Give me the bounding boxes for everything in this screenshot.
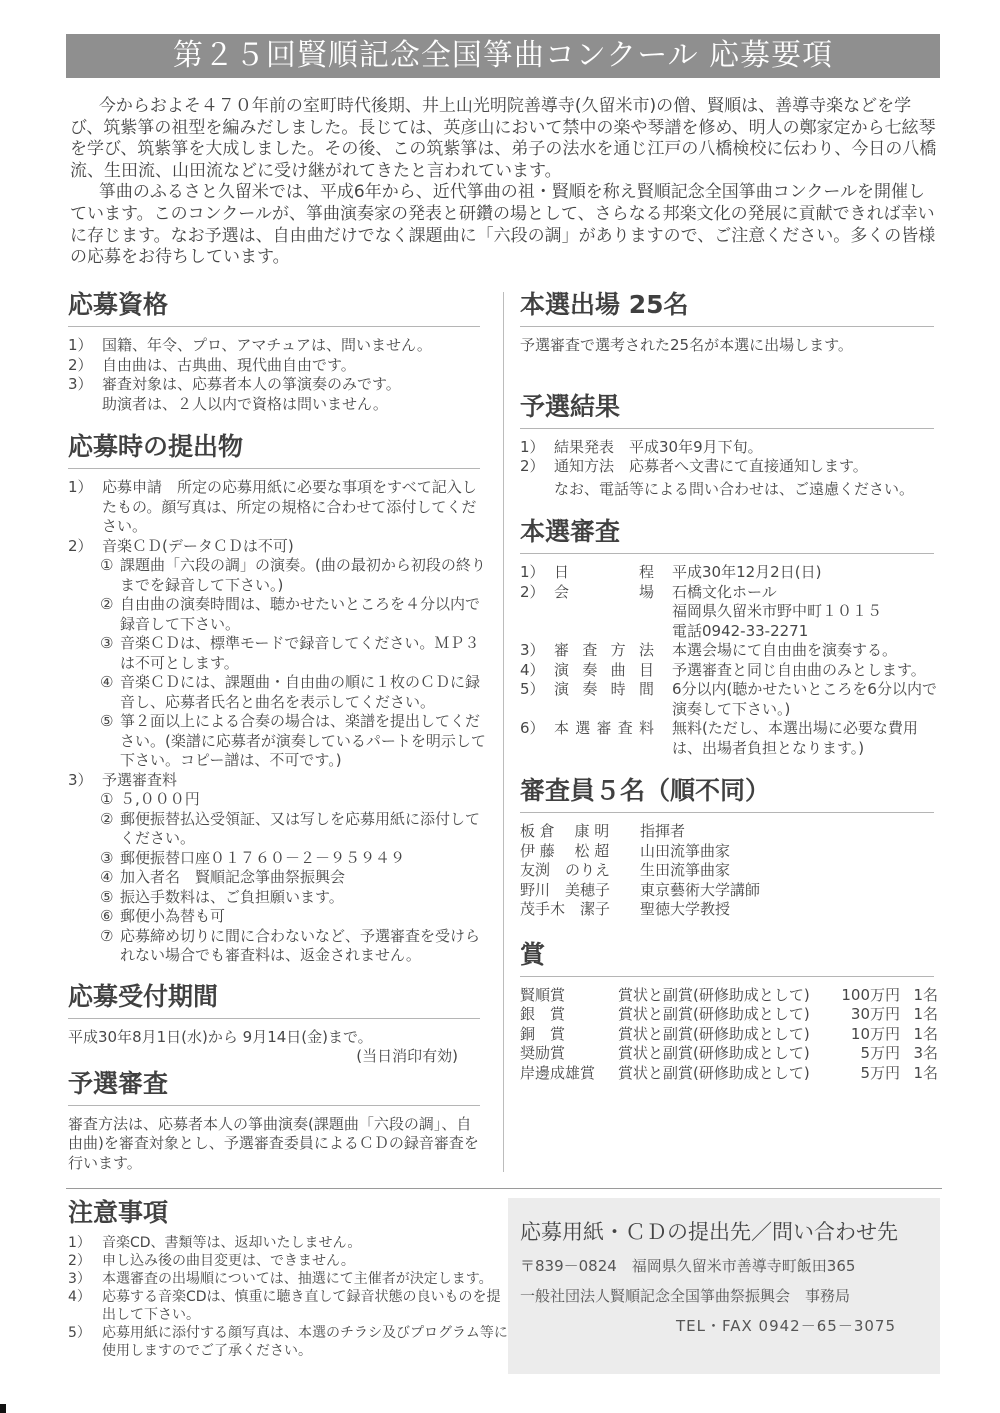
- period-section: 応募受付期間 平成30年8月1日(水)から 9月14日(金)まで。 (当日消印有…: [68, 980, 486, 1067]
- prize-amount: 100万円: [832, 986, 900, 1006]
- prize-desc: 賞状と副賞(研修助成として): [618, 986, 832, 1006]
- item-text: 音楽CD、書類等は、返却いたしません。: [102, 1234, 361, 1252]
- intro-paragraph: 今からおよそ４７０年前の室町時代後期、井上山光明院善導寺(久留米市)の僧、賢順は…: [70, 96, 940, 182]
- prize-count: 1名: [900, 1025, 938, 1045]
- item-text: 結果発表 平成30年9月下旬。: [554, 438, 763, 458]
- section-rule: [68, 468, 480, 469]
- review-row: 2）会場石橋文化ホール: [520, 583, 940, 603]
- section-rule: [520, 976, 934, 977]
- list-item: 1）国籍、年令、プロ、アマチュアは、問いません。: [68, 336, 486, 356]
- row-label: 本選審査料: [554, 719, 654, 758]
- finalists-section: 本選出場 25名 予選審査で選考された25名が本選に出場します。: [520, 288, 940, 356]
- prize-amount: 5万円: [832, 1044, 900, 1064]
- period-note: (当日消印有効): [68, 1047, 486, 1067]
- item-text: 加入者名 賢順記念箏曲祭振興会: [120, 868, 345, 888]
- judge-row: 友渕 のりえ生田流箏曲家: [520, 861, 940, 881]
- item-number: 3）: [520, 641, 554, 661]
- item-number: ①: [100, 556, 120, 595]
- prize-desc: 賞状と副賞(研修助成として): [618, 1064, 832, 1084]
- section-heading: 注意事項: [68, 1196, 508, 1230]
- prelim-section: 予選審査 審査方法は、応募者本人の箏曲演奏(課題曲「六段の調」、自由曲)を審査対…: [68, 1067, 486, 1174]
- item-text: 通知方法 応募者へ文書にて直接通知します。: [554, 457, 868, 477]
- item-number: 2）: [68, 537, 102, 557]
- sub-item: ②郵便振替払込受領証、又は写しを応募用紙に添付してください。: [100, 810, 486, 849]
- item-text: ５,０００円: [120, 790, 200, 810]
- contact-box: 応募用紙・ＣＤの提出先／問い合わせ先 〒839－0824 福岡県久留米市善導寺町…: [508, 1198, 940, 1374]
- list-item: 2）自由曲は、古典曲、現代曲自由です。: [68, 356, 486, 376]
- item-number: 1）: [68, 336, 102, 356]
- item-number: 2）: [68, 356, 102, 376]
- item-number: ①: [100, 790, 120, 810]
- list-item: 2）通知方法 応募者へ文書にて直接通知します。: [520, 457, 940, 477]
- item-text: 応募する音楽CDは、慎重に聴き直して録音状態の良いものを提出して下さい。: [102, 1288, 508, 1324]
- row-value: 予選審査と同じ自由曲のみとします。: [660, 661, 940, 681]
- list-item: 2）申し込み後の曲目変更は、できません。: [68, 1252, 508, 1270]
- review-row: 福岡県久留米市野中町１０１５: [520, 602, 940, 622]
- item-text: 箏２面以上による合奏の場合は、楽譜を提出してください。(楽譜に応募者が演奏してい…: [120, 712, 486, 771]
- item-text: 本選審査の出場順については、抽選にて主催者が決定します。: [102, 1270, 493, 1288]
- item-number: 5）: [520, 680, 554, 719]
- prize-count: 1名: [900, 986, 938, 1006]
- item-number: ⑥: [100, 907, 120, 927]
- row-value: 福岡県久留米市野中町１０１５: [660, 602, 940, 622]
- item-text: 自由曲の演奏時間は、聴かせたいところを４分以内で録音して下さい。: [120, 595, 486, 634]
- item-number: ②: [100, 595, 120, 634]
- row-label: 会場: [554, 583, 654, 603]
- judge-role: 東京藝術大学講師: [640, 881, 760, 901]
- review-row: 電話0942-33-2271: [520, 622, 940, 642]
- eligibility-section: 応募資格 1）国籍、年令、プロ、アマチュアは、問いません。 2）自由曲は、古典曲…: [68, 288, 486, 414]
- prize-row: 岸邊成雄賞賞状と副賞(研修助成として)5万円1名: [520, 1064, 940, 1084]
- prize-amount: 10万円: [832, 1025, 900, 1045]
- review-row: 4）演奏曲目予選審査と同じ自由曲のみとします。: [520, 661, 940, 681]
- section-rule: [520, 326, 934, 327]
- list-item: 1）音楽CD、書類等は、返却いたしません。: [68, 1234, 508, 1252]
- scan-edge-mark: [0, 1404, 6, 1413]
- item-text: 郵便小為替も可: [120, 907, 225, 927]
- section-rule: [68, 1018, 480, 1019]
- review-row: 6）本選審査料無料(ただし、本選出場に必要な費用は、出場者負担となります。): [520, 719, 940, 758]
- section-heading: 予選審査: [68, 1067, 486, 1101]
- judge-row: 野川 美穂子東京藝術大学講師: [520, 881, 940, 901]
- item-number: ④: [100, 673, 120, 712]
- section-rule: [68, 326, 480, 327]
- section-heading: 応募受付期間: [68, 980, 486, 1014]
- judge-row: 茂手木 潔子聖徳大学教授: [520, 900, 940, 920]
- item-text: 郵便振替口座０１７６０－２－９５９４９: [120, 849, 405, 869]
- prize-row: 奨励賞賞状と副賞(研修助成として)5万円3名: [520, 1044, 940, 1064]
- final-review-section: 本選審査 1）日程平成30年12月2日(日) 2）会場石橋文化ホール 福岡県久留…: [520, 515, 940, 758]
- section-heading: 審査員５名（順不同）: [520, 774, 940, 808]
- item-text: 音楽ＣＤには、課題曲・自由曲の順に１枚のＣＤに録音し、応募者氏名と曲名を表示して…: [120, 673, 486, 712]
- row-value: 石橋文化ホール: [660, 583, 940, 603]
- review-row: 5）演奏時間6分以内(聴かせたいところを6分以内で演奏して下さい。): [520, 680, 940, 719]
- judge-name: 茂手木 潔子: [520, 900, 640, 920]
- row-label: 演奏曲目: [554, 661, 654, 681]
- item-number: 4）: [68, 1288, 102, 1324]
- item-text: 振込手数料は、ご負担願います。: [120, 888, 344, 908]
- row-label: 演奏時間: [554, 680, 654, 719]
- prize-name: 奨励賞: [520, 1044, 618, 1064]
- page-title: 第２５回賢順記念全国箏曲コンクール 応募要項: [66, 34, 940, 78]
- prize-amount: 30万円: [832, 1005, 900, 1025]
- prize-desc: 賞状と副賞(研修助成として): [618, 1005, 832, 1025]
- list-item: 3）本選審査の出場順については、抽選にて主催者が決定します。: [68, 1270, 508, 1288]
- notes-section: 注意事項 1）音楽CD、書類等は、返却いたしません。 2）申し込み後の曲目変更は…: [68, 1196, 508, 1360]
- item-number: ④: [100, 868, 120, 888]
- review-row: 3）審査方法本選会場にて自由曲を演奏する。: [520, 641, 940, 661]
- item-text: 音楽ＣＤ(データＣＤは不可): [102, 537, 294, 557]
- sub-list: ①課題曲「六段の調」の演奏。(曲の最初から初段の終りまでを録音して下さい。) ②…: [68, 556, 486, 771]
- item-number: 1）: [520, 563, 554, 583]
- list-item: 5）応募用紙に添付する顔写真は、本選のチラシ及びプログラム等に使用しますのでご了…: [68, 1324, 508, 1360]
- section-divider: [66, 1188, 942, 1189]
- sub-item: ④加入者名 賢順記念箏曲祭振興会: [100, 868, 486, 888]
- judge-row: 伊 藤 松 超山田流箏曲家: [520, 842, 940, 862]
- sub-list: ①５,０００円 ②郵便振替払込受領証、又は写しを応募用紙に添付してください。 ③…: [68, 790, 486, 966]
- item-text: 音楽ＣＤは、標準モードで録音してください。ＭＰ３は不可とします。: [120, 634, 486, 673]
- prizes-section: 賞 賢順賞賞状と副賞(研修助成として)100万円1名 銀 賞賞状と副賞(研修助成…: [520, 938, 940, 1084]
- list-item: 3）審査対象は、応募者本人の箏演奏のみです。: [68, 375, 486, 395]
- left-column: 応募資格 1）国籍、年令、プロ、アマチュアは、問いません。 2）自由曲は、古典曲…: [68, 288, 486, 1173]
- row-value: 6分以内(聴かせたいところを6分以内で演奏して下さい。): [660, 680, 940, 719]
- list-item: 1）応募申請 所定の応募用紙に必要な事項をすべて記入したもの。顔写真は、所定の規…: [68, 478, 486, 537]
- section-heading: 賞: [520, 938, 940, 972]
- judge-role: 生田流箏曲家: [640, 861, 730, 881]
- item-number: 2）: [68, 1252, 102, 1270]
- contact-heading: 応募用紙・ＣＤの提出先／問い合わせ先: [520, 1218, 940, 1246]
- item-number: 6）: [520, 719, 554, 758]
- item-text: 自由曲は、古典曲、現代曲自由です。: [102, 356, 356, 376]
- item-number: 1）: [68, 478, 102, 537]
- item-number: 1）: [520, 438, 554, 458]
- row-value: 電話0942-33-2271: [660, 622, 940, 642]
- item-number: ⑤: [100, 888, 120, 908]
- list-item: 4）応募する音楽CDは、慎重に聴き直して録音状態の良いものを提出して下さい。: [68, 1288, 508, 1324]
- item-number: 2）: [520, 583, 554, 603]
- list-item: 2）音楽ＣＤ(データＣＤは不可): [68, 537, 486, 557]
- row-value: 平成30年12月2日(日): [660, 563, 940, 583]
- contact-phone: TEL・FAX 0942－65－3075: [520, 1317, 940, 1336]
- prize-row: 銀 賞賞状と副賞(研修助成として)30万円1名: [520, 1005, 940, 1025]
- item-number: ③: [100, 634, 120, 673]
- judge-name: 板 倉 康 明: [520, 822, 640, 842]
- intro-paragraph: 箏曲のふるさと久留米では、平成6年から、近代箏曲の祖・賢順を称え賢順記念全国箏曲…: [70, 182, 940, 268]
- section-rule: [520, 812, 934, 813]
- judges-section: 審査員５名（順不同） 板 倉 康 明指揮者 伊 藤 松 超山田流箏曲家 友渕 の…: [520, 774, 940, 920]
- sub-item: ③郵便振替口座０１７６０－２－９５９４９: [100, 849, 486, 869]
- submissions-section: 応募時の提出物 1）応募申請 所定の応募用紙に必要な事項をすべて記入したもの。顔…: [68, 430, 486, 966]
- list-item: 3）予選審査料: [68, 771, 486, 791]
- right-column: 本選出場 25名 予選審査で選考された25名が本選に出場します。 予選結果 1）…: [520, 288, 940, 1083]
- section-rule: [520, 553, 934, 554]
- sub-item: ①課題曲「六段の調」の演奏。(曲の最初から初段の終りまでを録音して下さい。): [100, 556, 486, 595]
- sub-item: ③音楽ＣＤは、標準モードで録音してください。ＭＰ３は不可とします。: [100, 634, 486, 673]
- finalists-text: 予選審査で選考された25名が本選に出場します。: [520, 336, 940, 356]
- prelim-text: 審査方法は、応募者本人の箏曲演奏(課題曲「六段の調」、自由曲)を審査対象とし、予…: [68, 1115, 486, 1174]
- item-note: なお、電話等による問い合わせは、ご遠慮ください。: [520, 480, 940, 500]
- section-heading: 本選出場 25名: [520, 288, 940, 322]
- item-text: 応募用紙に添付する顔写真は、本選のチラシ及びプログラム等に使用しますのでご了承く…: [102, 1324, 508, 1360]
- sub-item: ⑤振込手数料は、ご負担願います。: [100, 888, 486, 908]
- sub-item: ④音楽ＣＤには、課題曲・自由曲の順に１枚のＣＤに録音し、応募者氏名と曲名を表示し…: [100, 673, 486, 712]
- prize-row: 銅 賞賞状と副賞(研修助成として)10万円1名: [520, 1025, 940, 1045]
- section-rule: [68, 1105, 480, 1106]
- prize-count: 3名: [900, 1044, 938, 1064]
- judge-name: 友渕 のりえ: [520, 861, 640, 881]
- contact-organization: 一般社団法人賢順記念全国箏曲祭振興会 事務局: [520, 1287, 940, 1306]
- judge-name: 野川 美穂子: [520, 881, 640, 901]
- judge-name: 伊 藤 松 超: [520, 842, 640, 862]
- period-dates: 平成30年8月1日(水)から 9月14日(金)まで。: [68, 1028, 486, 1048]
- prize-amount: 5万円: [832, 1064, 900, 1084]
- results-section: 予選結果 1）結果発表 平成30年9月下旬。 2）通知方法 応募者へ文書にて直接…: [520, 390, 940, 500]
- sub-item: ⑦応募締め切りに間に合わないなど、予選審査を受けられない場合でも審査料は、返金さ…: [100, 927, 486, 966]
- prize-name: 銀 賞: [520, 1005, 618, 1025]
- item-number: 3）: [68, 1270, 102, 1288]
- column-divider: [503, 292, 504, 1172]
- item-number: ⑤: [100, 712, 120, 771]
- section-heading: 予選結果: [520, 390, 940, 424]
- item-text: 応募締め切りに間に合わないなど、予選審査を受けられない場合でも審査料は、返金され…: [120, 927, 486, 966]
- prize-desc: 賞状と副賞(研修助成として): [618, 1025, 832, 1045]
- item-number: 3）: [68, 771, 102, 791]
- item-number: 1）: [68, 1234, 102, 1252]
- item-note: 助演者は、２人以内で資格は問いません。: [68, 395, 486, 415]
- item-text: 国籍、年令、プロ、アマチュアは、問いません。: [102, 336, 432, 356]
- sub-item: ⑤箏２面以上による合奏の場合は、楽譜を提出してください。(楽譜に応募者が演奏して…: [100, 712, 486, 771]
- prize-count: 1名: [900, 1005, 938, 1025]
- row-value: 無料(ただし、本選出場に必要な費用は、出場者負担となります。): [660, 719, 940, 758]
- item-text: 応募申請 所定の応募用紙に必要な事項をすべて記入したもの。顔写真は、所定の規格に…: [102, 478, 486, 537]
- row-label: 日程: [554, 563, 654, 583]
- section-rule: [520, 428, 934, 429]
- item-number: ②: [100, 810, 120, 849]
- sub-item: ⑥郵便小為替も可: [100, 907, 486, 927]
- section-heading: 本選審査: [520, 515, 940, 549]
- row-label: 審査方法: [554, 641, 654, 661]
- judge-row: 板 倉 康 明指揮者: [520, 822, 940, 842]
- item-number: ⑦: [100, 927, 120, 966]
- judge-role: 山田流箏曲家: [640, 842, 730, 862]
- item-text: 審査対象は、応募者本人の箏演奏のみです。: [102, 375, 401, 395]
- judge-role: 指揮者: [640, 822, 685, 842]
- item-number: 5）: [68, 1324, 102, 1360]
- intro-section: 今からおよそ４７０年前の室町時代後期、井上山光明院善導寺(久留米市)の僧、賢順は…: [70, 96, 940, 269]
- item-text: 申し込み後の曲目変更は、できません。: [102, 1252, 355, 1270]
- item-number: 2）: [520, 457, 554, 477]
- item-text: 課題曲「六段の調」の演奏。(曲の最初から初段の終りまでを録音して下さい。): [120, 556, 486, 595]
- list-item: 1）結果発表 平成30年9月下旬。: [520, 438, 940, 458]
- item-number: ③: [100, 849, 120, 869]
- contact-address: 〒839－0824 福岡県久留米市善導寺町飯田365: [520, 1257, 940, 1276]
- section-heading: 応募時の提出物: [68, 430, 486, 464]
- prize-desc: 賞状と副賞(研修助成として): [618, 1044, 832, 1064]
- sub-item: ②自由曲の演奏時間は、聴かせたいところを４分以内で録音して下さい。: [100, 595, 486, 634]
- row-value: 本選会場にて自由曲を演奏する。: [660, 641, 940, 661]
- review-row: 1）日程平成30年12月2日(日): [520, 563, 940, 583]
- prize-name: 銅 賞: [520, 1025, 618, 1045]
- prize-name: 賢順賞: [520, 986, 618, 1006]
- prize-row: 賢順賞賞状と副賞(研修助成として)100万円1名: [520, 986, 940, 1006]
- judge-role: 聖徳大学教授: [640, 900, 730, 920]
- item-number: 3）: [68, 375, 102, 395]
- prize-count: 1名: [900, 1064, 938, 1084]
- item-text: 郵便振替払込受領証、又は写しを応募用紙に添付してください。: [120, 810, 486, 849]
- item-number: 4）: [520, 661, 554, 681]
- sub-item: ①５,０００円: [100, 790, 486, 810]
- prize-name: 岸邊成雄賞: [520, 1064, 618, 1084]
- item-text: 予選審査料: [102, 771, 177, 791]
- section-heading: 応募資格: [68, 288, 486, 322]
